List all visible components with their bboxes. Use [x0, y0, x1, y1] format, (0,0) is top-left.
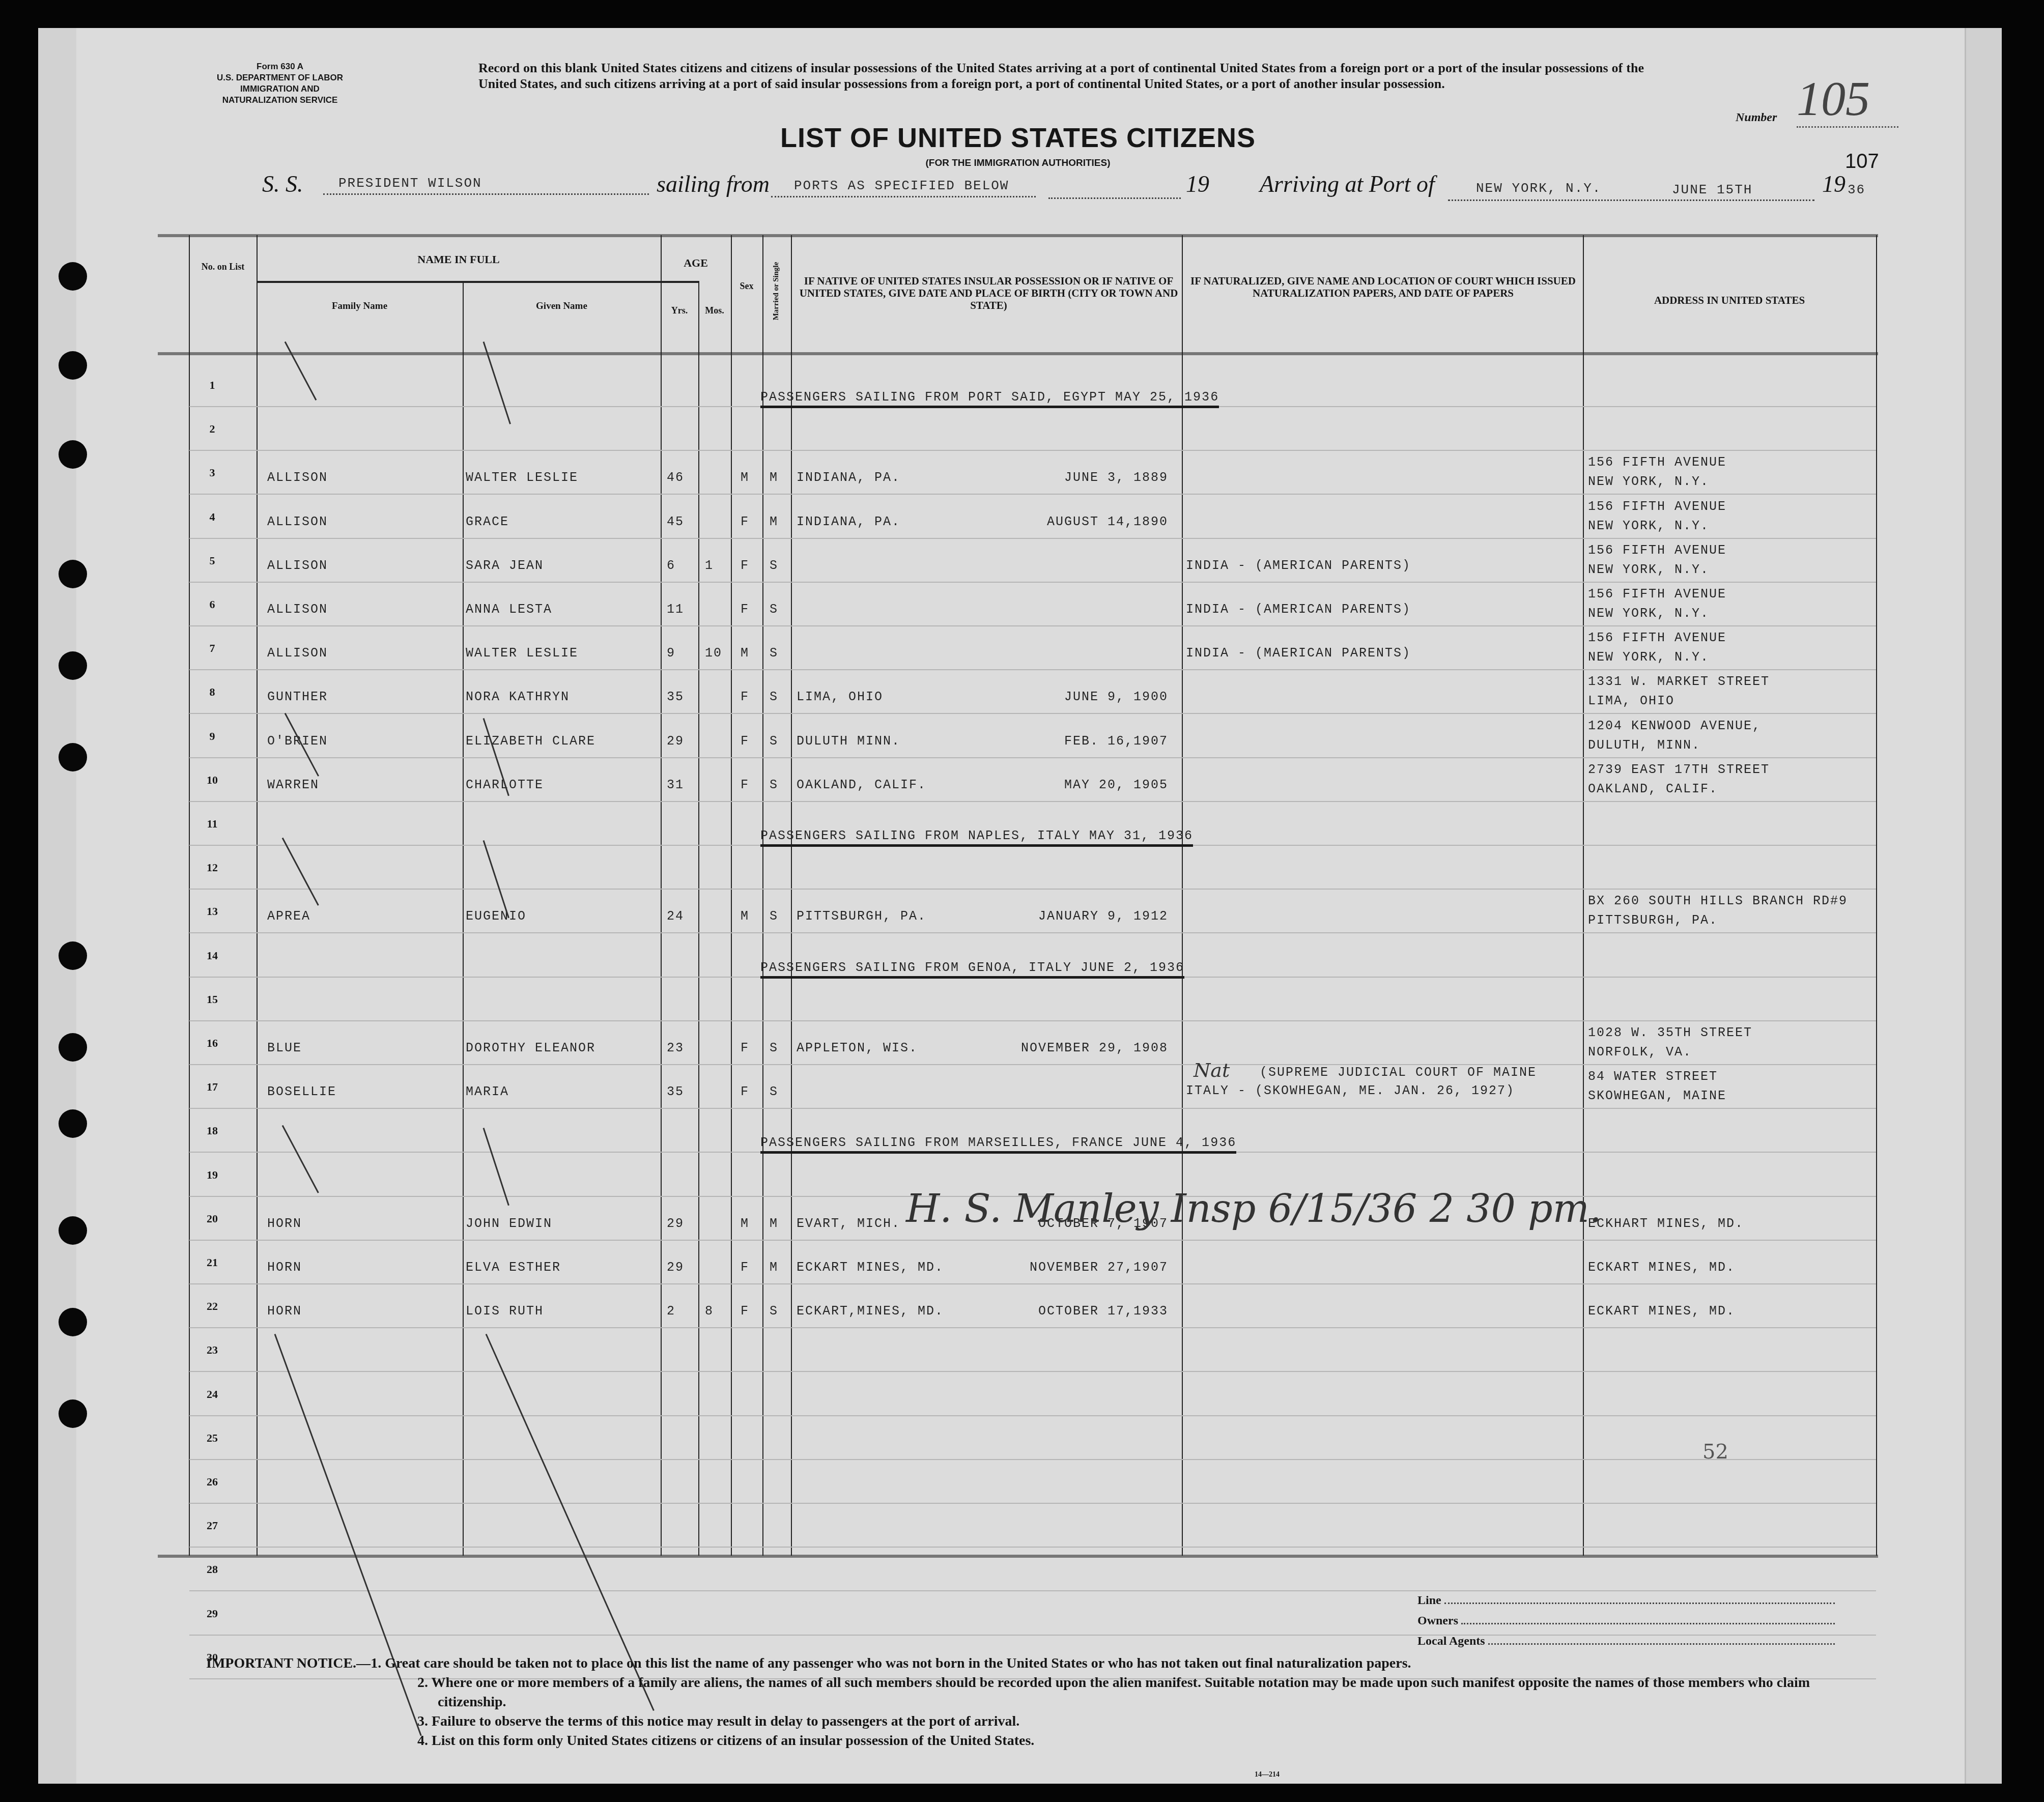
page-subtitle: (FOR THE IMMIGRATION AUTHORITIES): [662, 158, 1374, 169]
col-border: [257, 235, 258, 1556]
birth-date: JUNE 3, 1889: [992, 470, 1168, 485]
birth-place: DULUTH MINN.: [797, 734, 900, 749]
row-number: 7: [189, 642, 235, 655]
age-years: 35: [667, 1084, 684, 1099]
ship-name: PRESIDENT WILSON: [338, 176, 482, 191]
given-name: LOIS RUTH: [466, 1304, 544, 1319]
row-number: 5: [189, 554, 235, 567]
punch-hole: [59, 743, 87, 771]
age-years: 9: [667, 646, 675, 661]
row-line: [189, 1371, 1876, 1372]
marital-status: S: [770, 646, 778, 661]
marital-status: S: [770, 909, 778, 924]
family-name: ALLISON: [267, 646, 328, 661]
row-line: [189, 625, 1876, 626]
address-line-1: 2739 EAST 17TH STREET: [1588, 762, 1770, 777]
birth-place: LIMA, OHIO: [797, 690, 883, 704]
birth-date: JANUARY 9, 1912: [992, 909, 1168, 924]
address-line-1: ECKART MINES, MD.: [1588, 1304, 1735, 1319]
ss-label: S. S.: [262, 170, 303, 197]
section-heading: PASSENGERS SAILING FROM NAPLES, ITALY MA…: [760, 828, 1193, 847]
given-name: ELIZABETH CLARE: [466, 734, 595, 749]
important-notice: IMPORTANT NOTICE.—1. Great care should b…: [206, 1654, 1860, 1751]
address-line-1: 156 FIFTH AVENUE: [1588, 455, 1726, 470]
age-years: 29: [667, 1216, 684, 1231]
agents-block: Line Owners Local Agents: [1417, 1590, 1835, 1651]
row-line: [189, 494, 1876, 495]
list-number: 105: [1797, 70, 1898, 128]
arrival-port: NEW YORK, N.Y.: [1476, 181, 1601, 196]
row-line: [189, 1064, 1876, 1065]
row-number: 2: [189, 422, 235, 436]
birth-place: EVART, MICH.: [797, 1216, 900, 1231]
address-line-1: ECKHART MINES, MD.: [1588, 1216, 1744, 1231]
row-number: 25: [189, 1432, 235, 1445]
sex: F: [741, 1041, 749, 1055]
owners-label: Owners: [1417, 1611, 1458, 1631]
marital-status: S: [770, 558, 778, 573]
col-border: [791, 235, 792, 1556]
age-years: 29: [667, 1260, 684, 1275]
row-number: 14: [189, 949, 235, 962]
naturalization-info: INDIA - (AMERICAN PARENTS): [1186, 602, 1411, 617]
row-number: 10: [189, 774, 235, 787]
row-number: 26: [189, 1475, 235, 1489]
sex: F: [741, 690, 749, 704]
punch-hole: [59, 1109, 87, 1138]
address-line-1: 1204 KENWOOD AVENUE,: [1588, 719, 1761, 733]
sex: F: [741, 734, 749, 749]
marital-status: M: [770, 470, 778, 485]
page-count-stamp: 52: [1702, 1440, 1728, 1464]
marital-status: S: [770, 602, 778, 617]
row-number: 27: [189, 1519, 235, 1532]
birth-place: APPLETON, WIS.: [797, 1041, 918, 1055]
sex: F: [741, 514, 749, 529]
address-line-1: 156 FIFTH AVENUE: [1588, 631, 1726, 645]
row-line: [189, 932, 1876, 933]
row-line: [189, 801, 1876, 802]
marital-status: M: [770, 1216, 778, 1231]
record-instructions: Record on this blank United States citiz…: [478, 60, 1644, 92]
sailing-date-field: [1048, 182, 1181, 199]
address-line-1: 84 WATER STREET: [1588, 1069, 1718, 1084]
notice-heading: IMPORTANT NOTICE.—: [206, 1655, 371, 1671]
binding-strip: [38, 28, 79, 1784]
birth-place: OAKLAND, CALIF.: [797, 778, 926, 792]
row-line: [189, 1547, 1876, 1548]
arrival-date: JUNE 15TH: [1672, 182, 1752, 197]
row-number: 8: [189, 685, 235, 699]
header-family-name: Family Name: [257, 300, 463, 312]
header-mos: Mos.: [698, 304, 731, 317]
col-border: [463, 282, 464, 1556]
family-name: HORN: [267, 1304, 302, 1319]
sex: F: [741, 778, 749, 792]
age-years: 6: [667, 558, 675, 573]
section-heading: PASSENGERS SAILING FROM PORT SAID, EGYPT…: [760, 390, 1219, 408]
marital-status: M: [770, 514, 778, 529]
header-no-on-list: No. on List: [192, 261, 253, 273]
col-border: [731, 235, 732, 1556]
address-line-1: 156 FIFTH AVENUE: [1588, 587, 1726, 602]
age-years: 29: [667, 734, 684, 749]
age-years: 11: [667, 602, 684, 617]
form-number: Form 630 A: [193, 61, 366, 72]
arrival-year-prefix: 19: [1822, 170, 1846, 197]
notice-item-1: 1. Great care should be taken not to pla…: [371, 1655, 1411, 1671]
form-identifier: Form 630 A U.S. DEPARTMENT OF LABOR IMMI…: [193, 61, 366, 106]
col-border: [1583, 235, 1584, 1556]
table-bottom-rule: [158, 1555, 1878, 1558]
section-heading: PASSENGERS SAILING FROM MARSEILLES, FRAN…: [760, 1135, 1236, 1154]
row-line: [189, 582, 1876, 583]
line-label: Line: [1417, 1590, 1441, 1611]
punch-hole: [59, 1399, 87, 1428]
age-years: 31: [667, 778, 684, 792]
punch-hole: [59, 351, 87, 380]
punch-hole: [59, 1308, 87, 1336]
address-line-1: 156 FIFTH AVENUE: [1588, 543, 1726, 558]
inspector-signature: H. S. Manley Insp 6/15/36 2 30 pm.: [906, 1186, 1602, 1231]
page-title: LIST OF UNITED STATES CITIZENS: [662, 122, 1374, 154]
row-line: [189, 669, 1876, 670]
row-number: 9: [189, 730, 235, 743]
age-years: 46: [667, 470, 684, 485]
family-name: BOSELLIE: [267, 1084, 336, 1099]
col-border: [762, 235, 763, 1556]
family-name: GUNTHER: [267, 690, 328, 704]
printer-code: 14—214: [1255, 1771, 1280, 1779]
birth-date: MAY 20, 1905: [992, 778, 1168, 792]
address-line-2: NEW YORK, N.Y.: [1588, 606, 1709, 621]
header-given-name: Given Name: [463, 300, 661, 312]
birth-place: INDIANA, PA.: [797, 470, 900, 485]
age-years: 24: [667, 909, 684, 924]
address-line-2: SKOWHEGAN, MAINE: [1588, 1089, 1726, 1103]
sex: F: [741, 1304, 749, 1319]
punch-hole: [59, 560, 87, 588]
birth-place: PITTSBURGH, PA.: [797, 909, 926, 924]
header-age: AGE: [661, 257, 731, 269]
age-months: 1: [705, 558, 714, 573]
sex: M: [741, 1216, 749, 1231]
age-years: 35: [667, 690, 684, 704]
address-line-1: 1028 W. 35TH STREET: [1588, 1025, 1752, 1040]
given-name: GRACE: [466, 514, 509, 529]
row-number: 18: [189, 1124, 235, 1137]
naturalization-info: INDIA - (MAERICAN PARENTS): [1186, 646, 1411, 661]
header-address: ADDRESS IN UNITED STATES: [1583, 294, 1876, 306]
row-number: 6: [189, 598, 235, 611]
col-border: [1182, 235, 1183, 1556]
sex: F: [741, 558, 749, 573]
row-line: [189, 1283, 1876, 1284]
row-number: 11: [189, 817, 235, 831]
address-line-2: NEW YORK, N.Y.: [1588, 562, 1709, 577]
marital-status: S: [770, 778, 778, 792]
service-name-1: IMMIGRATION AND: [193, 83, 366, 95]
birth-date: OCTOBER 17,1933: [992, 1304, 1168, 1319]
local-agents-label: Local Agents: [1417, 1631, 1485, 1651]
arriving-label: Arriving at Port of: [1260, 170, 1435, 197]
given-name: NORA KATHRYN: [466, 690, 570, 704]
col-border: [698, 282, 699, 1556]
marital-status: S: [770, 734, 778, 749]
age-years: 45: [667, 514, 684, 529]
age-years: 2: [667, 1304, 675, 1319]
age-years: 23: [667, 1041, 684, 1055]
address-line-1: 156 FIFTH AVENUE: [1588, 499, 1726, 514]
row-number: 29: [189, 1607, 235, 1620]
col-border: [661, 235, 662, 1556]
notice-item-4: 4. List on this form only United States …: [206, 1731, 1860, 1751]
given-name: WALTER LESLIE: [466, 646, 578, 661]
age-months: 8: [705, 1304, 714, 1319]
address-line-2: DULUTH, MINN.: [1588, 738, 1700, 753]
birth-date: JUNE 9, 1900: [992, 690, 1168, 704]
row-number: 16: [189, 1037, 235, 1050]
year-prefix: 19: [1186, 170, 1209, 197]
row-number: 13: [189, 905, 235, 918]
col-border: [1876, 235, 1877, 1556]
line-field: [1444, 1590, 1835, 1604]
address-line-2: NORFOLK, VA.: [1588, 1045, 1692, 1060]
header-bottom-rule: [158, 352, 1878, 355]
header-naturalized: IF NATURALIZED, GIVE NAME AND LOCATION O…: [1188, 275, 1578, 299]
owners-field: [1461, 1611, 1835, 1624]
row-line: [189, 450, 1876, 451]
row-line: [189, 1240, 1876, 1241]
row-line: [189, 1327, 1876, 1328]
birth-place: ECKART MINES, MD.: [797, 1260, 944, 1275]
address-line-2: OAKLAND, CALIF.: [1588, 782, 1718, 796]
address-line-2: PITTSBURGH, PA.: [1588, 913, 1718, 928]
family-name: BLUE: [267, 1041, 302, 1055]
family-name: HORN: [267, 1216, 302, 1231]
arrival-year: 36: [1848, 182, 1865, 197]
header-name-in-full: NAME IN FULL: [257, 253, 661, 266]
notice-item-2: 2. Where one or more members of a family…: [206, 1673, 1860, 1712]
marital-status: S: [770, 690, 778, 704]
row-number: 23: [189, 1343, 235, 1357]
row-number: 3: [189, 466, 235, 479]
page-edge: [1965, 28, 2002, 1784]
marital-status: S: [770, 1041, 778, 1055]
row-line: [189, 1020, 1876, 1021]
row-line: [189, 538, 1876, 539]
punch-hole: [59, 941, 87, 970]
given-name: JOHN EDWIN: [466, 1216, 552, 1231]
given-name: ANNA LESTA: [466, 602, 552, 617]
sex: F: [741, 1260, 749, 1275]
marital-status: M: [770, 1260, 778, 1275]
address-line-2: NEW YORK, N.Y.: [1588, 650, 1709, 665]
sex: F: [741, 602, 749, 617]
address-line-1: ECKART MINES, MD.: [1588, 1260, 1735, 1275]
row-line: [189, 713, 1876, 714]
address-line-1: 1331 W. MARKET STREET: [1588, 674, 1770, 689]
number-label: Number: [1736, 111, 1777, 125]
sex: F: [741, 1084, 749, 1099]
marital-status: S: [770, 1084, 778, 1099]
header-birth: IF NATIVE OF UNITED STATES INSULAR POSSE…: [799, 275, 1178, 311]
naturalized-note: Nat: [1194, 1059, 1230, 1081]
family-name: ALLISON: [267, 602, 328, 617]
department-name: U.S. DEPARTMENT OF LABOR: [193, 72, 366, 83]
marital-status: S: [770, 1304, 778, 1319]
given-name: SARA JEAN: [466, 558, 544, 573]
row-number: 19: [189, 1168, 235, 1182]
row-number: 22: [189, 1300, 235, 1313]
sex: M: [741, 470, 749, 485]
birth-date: NOVEMBER 29, 1908: [992, 1041, 1168, 1055]
naturalization-detail: ITALY - (SKOWHEGAN, ME. JAN. 26, 1927): [1186, 1083, 1515, 1098]
family-name: ALLISON: [267, 558, 328, 573]
row-number: 24: [189, 1388, 235, 1401]
section-heading: PASSENGERS SAILING FROM GENOA, ITALY JUN…: [760, 960, 1184, 979]
address-line-2: NEW YORK, N.Y.: [1588, 474, 1709, 489]
given-name: WALTER LESLIE: [466, 470, 578, 485]
page-stamp: 107: [1845, 150, 1879, 173]
row-number: 4: [189, 510, 235, 524]
given-name: DOROTHY ELEANOR: [466, 1041, 595, 1055]
row-number: 21: [189, 1256, 235, 1269]
birth-date: AUGUST 14,1890: [992, 514, 1168, 529]
address-line-2: LIMA, OHIO: [1588, 694, 1674, 708]
row-line: [189, 757, 1876, 758]
row-line: [189, 889, 1876, 890]
birth-place: INDIANA, PA.: [797, 514, 900, 529]
naturalization-court: (SUPREME JUDICIAL COURT OF MAINE: [1260, 1065, 1537, 1080]
family-name: ALLISON: [267, 470, 328, 485]
row-number: 20: [189, 1212, 235, 1225]
row-number: 1: [189, 379, 235, 392]
punch-hole: [59, 651, 87, 680]
sailing-from-value: PORTS AS SPECIFIED BELOW: [794, 178, 1009, 193]
birth-date: FEB. 16,1907: [992, 734, 1168, 749]
address-line-1: BX 260 SOUTH HILLS BRANCH RD#9: [1588, 894, 1848, 908]
birth-date: NOVEMBER 27,1907: [992, 1260, 1168, 1275]
family-name: APREA: [267, 909, 310, 924]
sex: M: [741, 646, 749, 661]
row-number: 17: [189, 1080, 235, 1094]
table-top-rule: [158, 234, 1878, 237]
given-name: MARIA: [466, 1084, 509, 1099]
birth-place: ECKART,MINES, MD.: [797, 1304, 944, 1319]
family-name: WARREN: [267, 778, 319, 792]
name-age-subrule: [257, 281, 699, 283]
local-agents-field: [1488, 1631, 1835, 1645]
age-months: 10: [705, 646, 722, 661]
row-line: [189, 1415, 1876, 1416]
service-name-2: NATURALIZATION SERVICE: [193, 95, 366, 106]
address-line-2: NEW YORK, N.Y.: [1588, 519, 1709, 533]
punch-hole: [59, 1216, 87, 1245]
punch-hole: [59, 1033, 87, 1062]
header-sex: Sex: [731, 280, 762, 292]
row-line: [189, 1503, 1876, 1504]
sex: M: [741, 909, 749, 924]
notice-item-3: 3. Failure to observe the terms of this …: [206, 1712, 1860, 1731]
row-line: [189, 1108, 1876, 1109]
family-name: HORN: [267, 1260, 302, 1275]
given-name: ELVA ESTHER: [466, 1260, 561, 1275]
row-number: 28: [189, 1563, 235, 1576]
family-name: ALLISON: [267, 514, 328, 529]
header-yrs: Yrs.: [661, 304, 698, 317]
sailing-from-label: sailing from: [657, 170, 770, 197]
row-number: 12: [189, 861, 235, 874]
row-number: 15: [189, 993, 235, 1006]
punch-hole: [59, 262, 87, 291]
row-line: [189, 1459, 1876, 1460]
header-married-or-single: Married or Single: [770, 238, 782, 345]
naturalization-info: INDIA - (AMERICAN PARENTS): [1186, 558, 1411, 573]
punch-hole: [59, 440, 87, 469]
given-name: EUGENIO: [466, 909, 526, 924]
